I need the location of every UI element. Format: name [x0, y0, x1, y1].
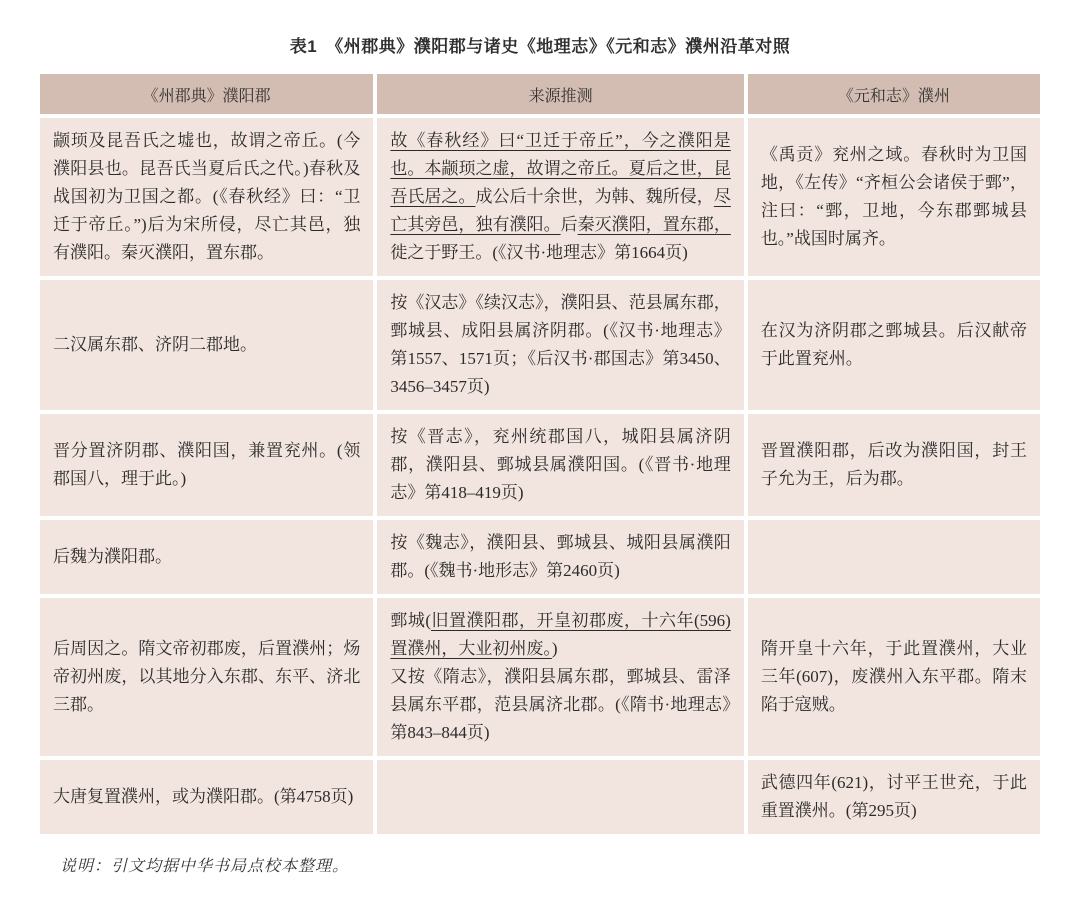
column-header-zhoujundian: 《州郡典》濮阳郡 — [40, 74, 373, 114]
plain-text: 按《汉志》《续汉志》，濮阳县、范县属东郡，鄄城县、成阳县属济阴郡。(《汉书·地理… — [390, 293, 730, 396]
table-cell: 在汉为济阴郡之鄄城县。后汉献帝于此置兖州。 — [748, 280, 1040, 410]
table-cell: 鄄城(旧置濮阳郡，开皇初郡废，十六年(596)置濮州，大业初州废。)又按《隋志》… — [377, 598, 743, 756]
table-cell — [748, 520, 1040, 594]
plain-text: 后 — [561, 215, 578, 234]
table-cell: 晋分置济阴郡、濮阳国，兼置兖州。(领郡国八，理于此。) — [40, 414, 373, 516]
plain-text: ) — [552, 639, 558, 658]
table-cell: 颛顼及昆吾氏之墟也，故谓之帝丘。(今濮阳县也。昆吾氏当夏后氏之代。)春秋及战国初… — [40, 118, 373, 276]
table-cell: 故《春秋经》曰“卫迁于帝丘”，今之濮阳是也。本颛顼之虚，故谓之帝丘。夏后之世，昆… — [377, 118, 743, 276]
plain-text: 又按《隋志》，濮阳县属东郡，鄄城县、雷泽县属东平郡，范县属济北郡。(《隋书·地理… — [390, 667, 730, 742]
cell-paragraph: 又按《隋志》，濮阳县属东郡，鄄城县、雷泽县属东平郡，范县属济北郡。(《隋书·地理… — [390, 663, 730, 747]
plain-text: 成公后十余世，为韩、魏所侵， — [475, 187, 713, 206]
table-row: 晋分置济阴郡、濮阳国，兼置兖州。(领郡国八，理于此。)按《晋志》，兖州统郡国八，… — [40, 414, 1040, 516]
table-cell: 按《晋志》，兖州统郡国八，城阳县属济阴郡，濮阳县、鄄城县属濮阳国。(《晋书·地理… — [377, 414, 743, 516]
plain-text: 徙之于野王。(《汉书·地理志》第1664页) — [390, 243, 687, 262]
cell-paragraph: 晋分置济阴郡、濮阳国，兼置兖州。(领郡国八，理于此。) — [53, 437, 360, 493]
table-row: 二汉属东郡、济阴二郡地。按《汉志》《续汉志》，濮阳县、范县属东郡，鄄城县、成阳县… — [40, 280, 1040, 410]
underlined-text: 旧置濮阳郡，开皇初郡废，十六年(596)置濮州，大业初州废。 — [390, 611, 730, 658]
cell-paragraph: 武德四年(621)，讨平王世充，于此重置濮州。(第295页) — [761, 769, 1027, 825]
table-cell — [377, 760, 743, 834]
table-cell: 二汉属东郡、济阴二郡地。 — [40, 280, 373, 410]
cell-paragraph: 后周因之。隋文帝初郡废，后置濮州；炀帝初州废，以其地分入东郡、东平、济北三郡。 — [53, 635, 360, 719]
plain-text: 隋开皇十六年，于此置濮州，大业三年(607)，废濮州入东平郡。隋末陷于寇贼。 — [761, 639, 1027, 714]
plain-text: 在汉为济阴郡之鄄城县。后汉献帝于此置兖州。 — [761, 321, 1027, 368]
table-cell: 按《魏志》，濮阳县、鄄城县、城阳县属濮阳郡。(《魏书·地形志》第2460页) — [377, 520, 743, 594]
plain-text: 《禹贡》兖州之域。春秋时为卫国地，《左传》“齐桓公会诸侯于鄄”，注曰：“鄄，卫地… — [761, 145, 1027, 248]
comparison-table: 《州郡典》濮阳郡 来源推测 《元和志》濮州 颛顼及昆吾氏之墟也，故谓之帝丘。(今… — [36, 70, 1044, 838]
table-row: 颛顼及昆吾氏之墟也，故谓之帝丘。(今濮阳县也。昆吾氏当夏后氏之代。)春秋及战国初… — [40, 118, 1040, 276]
column-header-yuanhezhi: 《元和志》濮州 — [748, 74, 1040, 114]
table-title: 表1 《州郡典》濮阳郡与诸史《地理志》《元和志》濮州沿革对照 — [36, 32, 1044, 57]
cell-paragraph: 《禹贡》兖州之域。春秋时为卫国地，《左传》“齐桓公会诸侯于鄄”，注曰：“鄄，卫地… — [761, 141, 1027, 253]
plain-text: 大唐复置濮州，或为濮阳郡。(第4758页) — [53, 787, 353, 806]
table-body: 颛顼及昆吾氏之墟也，故谓之帝丘。(今濮阳县也。昆吾氏当夏后氏之代。)春秋及战国初… — [40, 118, 1040, 834]
plain-text: 武德四年(621)，讨平王世充，于此重置濮州。(第295页) — [761, 773, 1027, 820]
table-cell: 大唐复置濮州，或为濮阳郡。(第4758页) — [40, 760, 373, 834]
table-row: 大唐复置濮州，或为濮阳郡。(第4758页)武德四年(621)，讨平王世充，于此重… — [40, 760, 1040, 834]
table-row: 后魏为濮阳郡。按《魏志》，濮阳县、鄄城县、城阳县属濮阳郡。(《魏书·地形志》第2… — [40, 520, 1040, 594]
underlined-text: 秦灭濮阳，置东郡， — [578, 215, 731, 234]
table-cell: 后魏为濮阳郡。 — [40, 520, 373, 594]
table-cell: 《禹贡》兖州之域。春秋时为卫国地，《左传》“齐桓公会诸侯于鄄”，注曰：“鄄，卫地… — [748, 118, 1040, 276]
cell-paragraph: 晋置濮阳郡，后改为濮阳国，封王子允为王，后为郡。 — [761, 437, 1027, 493]
cell-paragraph: 按《魏志》，濮阳县、鄄城县、城阳县属濮阳郡。(《魏书·地形志》第2460页) — [390, 529, 730, 585]
plain-text: 鄄城( — [390, 611, 431, 630]
table-cell: 晋置濮阳郡，后改为濮阳国，封王子允为王，后为郡。 — [748, 414, 1040, 516]
table-cell: 后周因之。隋文帝初郡废，后置濮州；炀帝初州废，以其地分入东郡、东平、济北三郡。 — [40, 598, 373, 756]
cell-paragraph: 鄄城(旧置濮阳郡，开皇初郡废，十六年(596)置濮州，大业初州废。) — [390, 607, 730, 663]
cell-paragraph: 颛顼及昆吾氏之墟也，故谓之帝丘。(今濮阳县也。昆吾氏当夏后氏之代。)春秋及战国初… — [53, 127, 360, 267]
table-cell: 武德四年(621)，讨平王世充，于此重置濮州。(第295页) — [748, 760, 1040, 834]
table-footnote: 说明：引文均据中华书局点校本整理。 — [60, 853, 1044, 876]
table-cell: 按《汉志》《续汉志》，濮阳县、范县属东郡，鄄城县、成阳县属济阴郡。(《汉书·地理… — [377, 280, 743, 410]
cell-paragraph: 故《春秋经》曰“卫迁于帝丘”，今之濮阳是也。本颛顼之虚，故谓之帝丘。夏后之世，昆… — [390, 127, 730, 267]
cell-paragraph: 后魏为濮阳郡。 — [53, 543, 360, 571]
table-cell: 隋开皇十六年，于此置濮州，大业三年(607)，废濮州入东平郡。隋末陷于寇贼。 — [748, 598, 1040, 756]
page: 表1 《州郡典》濮阳郡与诸史《地理志》《元和志》濮州沿革对照 《州郡典》濮阳郡 … — [0, 0, 1080, 876]
plain-text: 颛顼及昆吾氏之墟也，故谓之帝丘。(今濮阳县也。昆吾氏当夏后氏之代。)春秋及战国初… — [53, 131, 360, 262]
plain-text: 后周因之。隋文帝初郡废，后置濮州；炀帝初州废，以其地分入东郡、东平、济北三郡。 — [53, 639, 360, 714]
plain-text: 晋分置济阴郡、濮阳国，兼置兖州。(领郡国八，理于此。) — [53, 441, 360, 488]
plain-text: 按《晋志》，兖州统郡国八，城阳县属济阴郡，濮阳县、鄄城县属濮阳国。(《晋书·地理… — [390, 427, 730, 502]
plain-text: 后魏为濮阳郡。 — [53, 547, 172, 566]
cell-paragraph: 按《汉志》《续汉志》，濮阳县、范县属东郡，鄄城县、成阳县属济阴郡。(《汉书·地理… — [390, 289, 730, 401]
table-row: 后周因之。隋文帝初郡废，后置濮州；炀帝初州废，以其地分入东郡、东平、济北三郡。鄄… — [40, 598, 1040, 756]
cell-paragraph: 隋开皇十六年，于此置濮州，大业三年(607)，废濮州入东平郡。隋末陷于寇贼。 — [761, 635, 1027, 719]
plain-text: 二汉属东郡、济阴二郡地。 — [53, 335, 257, 354]
cell-paragraph: 在汉为济阴郡之鄄城县。后汉献帝于此置兖州。 — [761, 317, 1027, 373]
cell-paragraph: 二汉属东郡、济阴二郡地。 — [53, 331, 360, 359]
plain-text: 按《魏志》，濮阳县、鄄城县、城阳县属濮阳郡。(《魏书·地形志》第2460页) — [390, 533, 730, 580]
cell-paragraph: 按《晋志》，兖州统郡国八，城阳县属济阴郡，濮阳县、鄄城县属濮阳国。(《晋书·地理… — [390, 423, 730, 507]
cell-paragraph: 大唐复置濮州，或为濮阳郡。(第4758页) — [53, 783, 360, 811]
table-header-row: 《州郡典》濮阳郡 来源推测 《元和志》濮州 — [40, 74, 1040, 114]
plain-text: 晋置濮阳郡，后改为濮阳国，封王子允为王，后为郡。 — [761, 441, 1027, 488]
column-header-source-inference: 来源推测 — [377, 74, 743, 114]
